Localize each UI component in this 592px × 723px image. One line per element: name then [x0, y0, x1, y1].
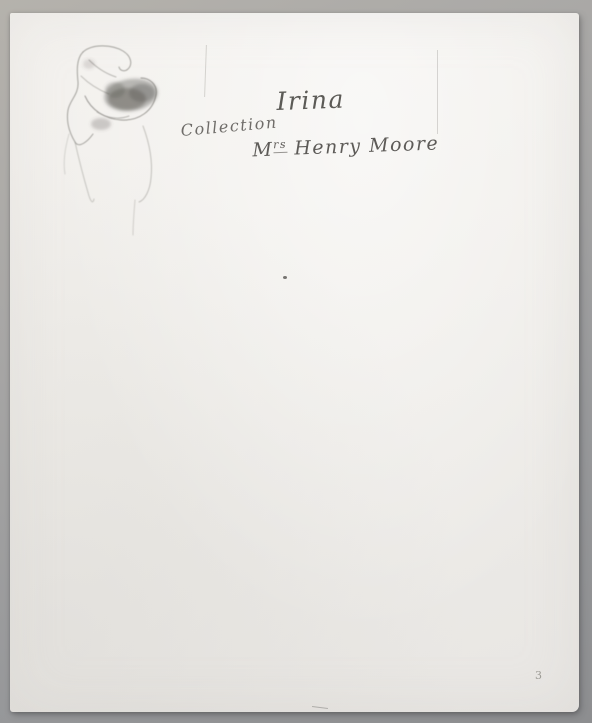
owner-superscript: rs	[273, 138, 287, 153]
owner-rest: Henry Moore	[294, 133, 440, 160]
photograph-background: Irina Collection MrsHenry Moore 3	[0, 0, 592, 723]
sketch-lower-left-line	[75, 142, 94, 202]
inscription-name: Irina	[276, 85, 345, 116]
paper-fiber-mark	[312, 706, 328, 709]
paper-crease	[204, 45, 207, 97]
sketch-lower-right-line	[139, 126, 152, 202]
inscription-owner: MrsHenry Moore	[252, 132, 440, 161]
paper-speck	[283, 276, 287, 279]
paper-crease	[437, 50, 438, 134]
owner-prefix: M	[252, 139, 274, 162]
paper-sheet-verso: Irina Collection MrsHenry Moore 3	[10, 13, 579, 712]
pencil-figure-sketch	[55, 38, 175, 248]
page-number: 3	[535, 669, 542, 682]
inscription-collection: Collection	[180, 113, 278, 140]
